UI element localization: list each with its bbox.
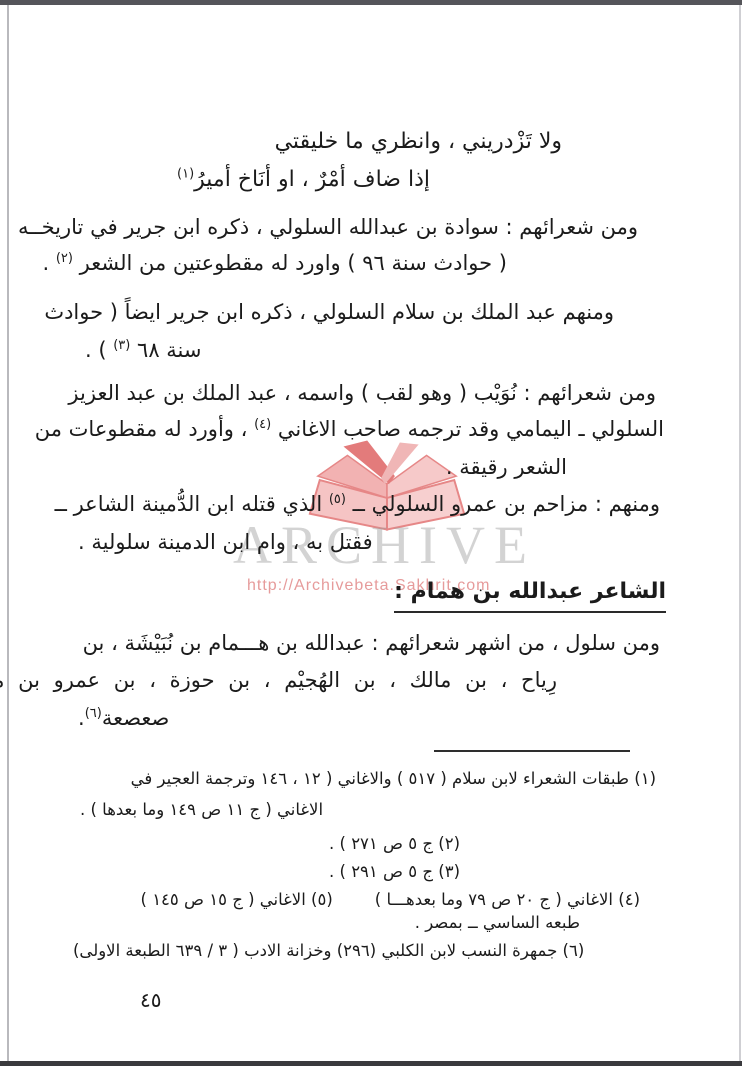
paragraph-4-line-2: فقتل به ، وام ابن الدمينة سلولية . — [78, 527, 373, 557]
body-text: الشعر رقيقة . — [446, 455, 567, 479]
footnote-2: (٢) ج ٥ ص ٢٧١ ) . — [329, 831, 460, 857]
section-heading-text: الشاعر عبدالله بن همام : — [394, 579, 666, 613]
body-text: الذي قتله ابن الدُّمينة الشاعر ــ — [55, 492, 329, 516]
body-text: . — [42, 251, 55, 275]
footnote-marker-2: (٢) — [56, 251, 73, 266]
footnote-marker-6: (٦) — [85, 706, 102, 721]
body-text: ومنهم : مزاحم بن عمرو السلولي ــ — [346, 492, 660, 516]
body-text: ) . — [85, 338, 113, 362]
verse-text: إذا ضاف أمْرٌ ، او أنَاخ أميرُ — [194, 167, 430, 192]
paragraph-2-line-2: سنة ٦٨ (٣) ) . — [85, 335, 201, 365]
body-text: ومن شعرائهم : نُوَيْب ( وهو لقب ) واسمه … — [68, 381, 656, 405]
poetry-line-2: إذا ضاف أمْرٌ ، او أنَاخ أميرُ(١) — [177, 165, 430, 195]
body-text: سنة ٦٨ — [130, 338, 201, 362]
body-text: ، وأورد له مقطوعات من — [35, 417, 254, 441]
section-heading: الشاعر عبدالله بن همام : — [394, 579, 666, 613]
footnote-text: (٢) ج ٥ ص ٢٧١ ) . — [329, 834, 460, 853]
paragraph-5-line-1: ومن سلول ، من اشهر شعرائهم : عبدالله بن … — [83, 628, 660, 658]
footnote-separator-rule — [434, 750, 630, 752]
footnote-marker-1: (١) — [177, 167, 194, 182]
paragraph-1-line-1: ومن شعرائهم : سوادة بن عبدالله السلولي ،… — [18, 212, 638, 242]
page-text: ولا تَزْدريني ، وانظري ما خليقتي إذا ضاف… — [0, 0, 742, 1066]
paragraph-3-line-1: ومن شعرائهم : نُوَيْب ( وهو لقب ) واسمه … — [68, 378, 656, 408]
paragraph-3-line-3: الشعر رقيقة . — [446, 452, 567, 482]
footnote-text: (٦) جمهرة النسب لابن الكلبي (٢٩٦) وخزانة… — [73, 941, 584, 960]
footnote-marker-3: (٣) — [113, 338, 130, 353]
poetry-line-1: ولا تَزْدريني ، وانظري ما خليقتي — [275, 127, 562, 157]
footnote-3: (٣) ج ٥ ص ٢٩١ ) . — [329, 859, 460, 885]
footnote-marker-5: (٥) — [329, 492, 346, 507]
body-text: صعصعة — [102, 706, 170, 730]
paragraph-5-line-2: رِياح ، بن مالك ، بن الهُجيْم ، بن حوزة … — [0, 665, 557, 695]
footnote-1-line-1: (١) طبقات الشعراء لابن سلام ( ٥١٧ ) والا… — [131, 766, 656, 792]
book-page-scan: ARCHIVE http://Archivebeta.Sakhrit.com و… — [0, 0, 742, 1066]
body-text: رِياح ، بن مالك ، بن الهُجيْم ، بن حوزة … — [0, 668, 557, 692]
body-text: ومن شعرائهم : سوادة بن عبدالله السلولي ،… — [18, 215, 638, 239]
footnote-text: (٣) ج ٥ ص ٢٩١ ) . — [329, 862, 460, 881]
verse-text: ولا تَزْدريني ، وانظري ما خليقتي — [275, 129, 562, 154]
paragraph-3-line-2: السلولي ـ اليمامي وقد ترجمه صاحب الاغاني… — [35, 414, 664, 444]
body-text: ومنهم عبد الملك بن سلام السلولي ، ذكره ا… — [44, 300, 614, 324]
paragraph-4-line-1: ومنهم : مزاحم بن عمرو السلولي ــ (٥) الذ… — [55, 489, 660, 519]
body-text: فقتل به ، وام ابن الدمينة سلولية . — [78, 530, 373, 554]
paragraph-2-line-1: ومنهم عبد الملك بن سلام السلولي ، ذكره ا… — [44, 297, 614, 327]
body-text: ( حوادث سنة ٩٦ ) واورد له مقطوعتين من ال… — [73, 251, 507, 275]
footnote-5-text: (٥) الاغاني ( ج ١٥ ص ١٤٥ ) — [141, 890, 333, 909]
body-text: . — [78, 706, 85, 730]
page-number: ٤٥ — [140, 988, 161, 1012]
footnote-text: الاغاني ( ج ١١ ص ١٤٩ وما بعدها ) . — [80, 800, 323, 819]
footnote-marker-4: (٤) — [254, 417, 271, 432]
footnote-text: (١) طبقات الشعراء لابن سلام ( ٥١٧ ) والا… — [131, 769, 656, 788]
footnote-1-line-2: الاغاني ( ج ١١ ص ١٤٩ وما بعدها ) . — [80, 797, 323, 823]
body-text: ومن سلول ، من اشهر شعرائهم : عبدالله بن … — [83, 631, 660, 655]
footnote-6: (٦) جمهرة النسب لابن الكلبي (٢٩٦) وخزانة… — [73, 938, 584, 964]
paragraph-1-line-2: ( حوادث سنة ٩٦ ) واورد له مقطوعتين من ال… — [42, 248, 507, 278]
paragraph-5-line-3: صعصعة(٦). — [78, 703, 169, 733]
footnote-5-continuation: طبعه الساسي ــ بمصر . — [415, 910, 580, 936]
footnote-text: طبعه الساسي ــ بمصر . — [415, 913, 580, 932]
body-text: السلولي ـ اليمامي وقد ترجمه صاحب الاغاني — [271, 417, 664, 441]
footnote-4-text: (٤) الاغاني ( ج ٢٠ ص ٧٩ وما بعدهـــا ) — [375, 890, 640, 909]
